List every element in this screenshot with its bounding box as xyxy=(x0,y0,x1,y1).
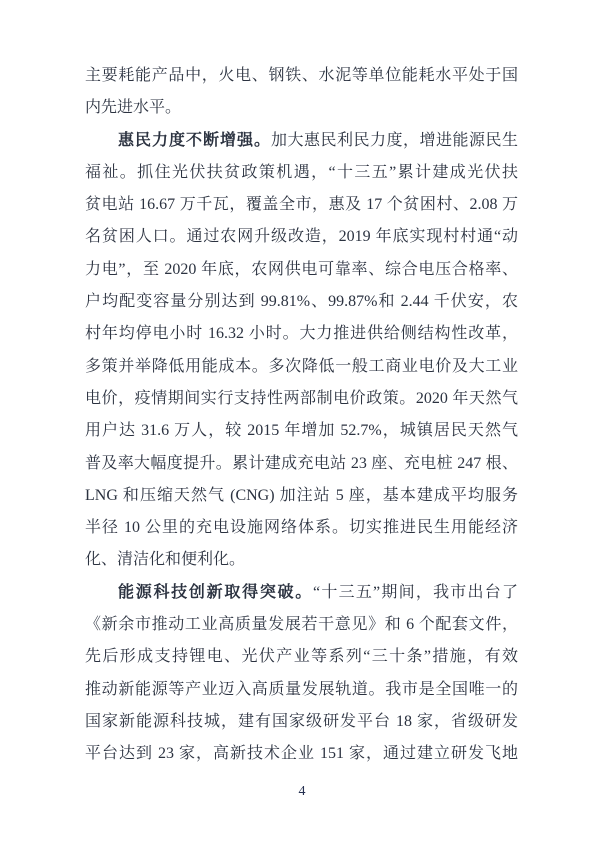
text-line: 电价，疫情期间实行支持性两部制电价政策。2020 年天然气 xyxy=(85,383,518,415)
text-line: 名贫困人口。通过农网升级改造，2019 年底实现村村通“动 xyxy=(85,221,518,253)
text-segment: 力电”，至 2020 年底，农网供电可靠率、综合电压合格率、 xyxy=(85,261,518,278)
document-page: 主要耗能产品中，火电、钢铁、水泥等单位能耗水平处于国内先进水平。惠民力度不断增强… xyxy=(0,0,604,856)
text-line: 先后形成支持锂电、光伏产业等系列“三十条”措施，有效 xyxy=(85,641,518,673)
text-segment: 户均配变容量分别达到 99.81%、99.87%和 2.44 千伏安，农 xyxy=(85,293,518,310)
text-line: LNG 和压缩天然气 (CNG) 加注站 5 座，基本建成平均服务 xyxy=(85,480,518,512)
text-line: 多策并举降低用能成本。多次降低一般工商业电价及大工业 xyxy=(85,351,518,383)
text-segment: 电价，疫情期间实行支持性两部制电价政策。2020 年天然气 xyxy=(85,390,518,407)
text-segment: 用户达 31.6 万人，较 2015 年增加 52.7%，城镇居民天然气 xyxy=(85,422,518,439)
text-line: 村年均停电小时 16.32 小时。大力推进供给侧结构性改革， xyxy=(85,318,518,350)
text-segment: 推动新能源等产业迈入高质量发展轨道。我市是全国唯一的 xyxy=(85,681,518,698)
text-line: 《新余市推动工业高质量发展若干意见》和 6 个配套文件， xyxy=(85,609,518,641)
text-segment: LNG 和压缩天然气 (CNG) 加注站 5 座，基本建成平均服务 xyxy=(85,487,518,504)
text-line: 户均配变容量分别达到 99.81%、99.87%和 2.44 千伏安，农 xyxy=(85,286,518,318)
text-line: 半径 10 公里的充电设施网络体系。切实推进民生用能经济 xyxy=(85,512,518,544)
text-segment: 化、清洁化和便利化。 xyxy=(85,551,245,568)
text-segment: 平台达到 23 家，高新技术企业 151 家，通过建立研发飞地 xyxy=(85,745,518,762)
text-segment: 普及率大幅度提升。累计建成充电站 23 座、充电桩 247 根、 xyxy=(85,455,518,472)
paragraph-lead-emphasis: 惠民力度不断增强。 xyxy=(118,132,271,149)
text-line: 推动新能源等产业迈入高质量发展轨道。我市是全国唯一的 xyxy=(85,674,518,706)
text-segment: 先后形成支持锂电、光伏产业等系列“三十条”措施，有效 xyxy=(85,648,518,665)
text-line: 福祉。抓住光伏扶贫政策机遇，“十三五”累计建成光伏扶 xyxy=(85,157,518,189)
text-line: 用户达 31.6 万人，较 2015 年增加 52.7%，城镇居民天然气 xyxy=(85,415,518,447)
text-line: 主要耗能产品中，火电、钢铁、水泥等单位能耗水平处于国 xyxy=(85,60,518,92)
text-segment: 贫电站 16.67 万千瓦，覆盖全市，惠及 17 个贫困村、2.08 万 xyxy=(85,196,518,213)
text-segment: 村年均停电小时 16.32 小时。大力推进供给侧结构性改革， xyxy=(85,325,518,342)
text-segment: 半径 10 公里的充电设施网络体系。切实推进民生用能经济 xyxy=(85,519,518,536)
text-body: 主要耗能产品中，火电、钢铁、水泥等单位能耗水平处于国内先进水平。惠民力度不断增强… xyxy=(85,60,518,771)
text-line: 能源科技创新取得突破。“十三五”期间，我市出台了 xyxy=(85,577,518,609)
text-segment: 国家新能源科技城，建有国家级研发平台 18 家，省级研发 xyxy=(85,713,518,730)
text-segment: 福祉。抓住光伏扶贫政策机遇，“十三五”累计建成光伏扶 xyxy=(85,164,518,181)
text-segment: “十三五”期间，我市出台了 xyxy=(313,584,518,601)
paragraph: 主要耗能产品中，火电、钢铁、水泥等单位能耗水平处于国内先进水平。 xyxy=(85,60,518,125)
paragraph-lead-emphasis: 能源科技创新取得突破。 xyxy=(118,584,313,601)
page-number: 4 xyxy=(0,783,604,801)
text-segment: 内先进水平。 xyxy=(85,99,181,116)
text-line: 国家新能源科技城，建有国家级研发平台 18 家，省级研发 xyxy=(85,706,518,738)
paragraph: 能源科技创新取得突破。“十三五”期间，我市出台了《新余市推动工业高质量发展若干意… xyxy=(85,577,518,771)
text-line: 平台达到 23 家，高新技术企业 151 家，通过建立研发飞地 xyxy=(85,738,518,770)
text-line: 化、清洁化和便利化。 xyxy=(85,544,518,576)
text-segment: 多策并举降低用能成本。多次降低一般工商业电价及大工业 xyxy=(85,358,518,375)
text-segment: 名贫困人口。通过农网升级改造，2019 年底实现村村通“动 xyxy=(85,228,518,245)
paragraph: 惠民力度不断增强。加大惠民利民力度，增进能源民生福祉。抓住光伏扶贫政策机遇，“十… xyxy=(85,125,518,577)
text-line: 内先进水平。 xyxy=(85,92,518,124)
text-line: 贫电站 16.67 万千瓦，覆盖全市，惠及 17 个贫困村、2.08 万 xyxy=(85,189,518,221)
text-segment: 主要耗能产品中，火电、钢铁、水泥等单位能耗水平处于国 xyxy=(85,67,518,84)
text-line: 普及率大幅度提升。累计建成充电站 23 座、充电桩 247 根、 xyxy=(85,448,518,480)
text-segment: 加大惠民利民力度，增进能源民生 xyxy=(271,132,518,149)
text-line: 惠民力度不断增强。加大惠民利民力度，增进能源民生 xyxy=(85,125,518,157)
text-line: 力电”，至 2020 年底，农网供电可靠率、综合电压合格率、 xyxy=(85,254,518,286)
text-segment: 《新余市推动工业高质量发展若干意见》和 6 个配套文件， xyxy=(85,616,518,633)
